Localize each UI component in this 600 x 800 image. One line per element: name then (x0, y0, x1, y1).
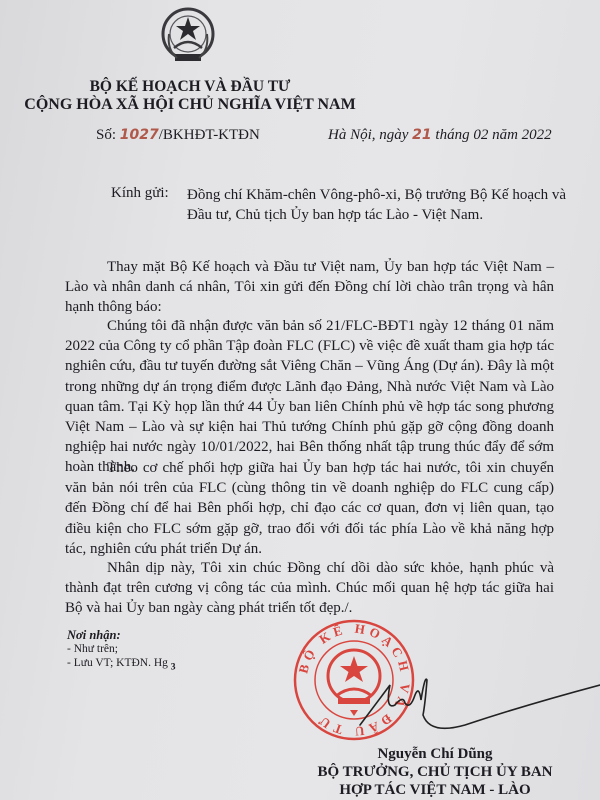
recipient-label: Kính gửi: (111, 185, 169, 202)
body-paragraph: Chúng tôi đã nhận được văn bản số 21/FLC… (65, 316, 554, 478)
recipients-list: Nơi nhận: - Như trên; - Lưu VT; KTĐN. Hg… (67, 628, 176, 674)
national-emblem-icon (155, 4, 221, 70)
doc-number-handwritten: 1027 (120, 127, 159, 143)
body-paragraph: Nhân dịp này, Tôi xin chúc Đồng chí dồi … (65, 558, 554, 619)
official-letter-page: BỘ KẾ HOẠCH VÀ ĐẦU TƯ CỘNG HÒA XÃ HỘI CH… (0, 0, 600, 800)
date-day-handwritten: 21 (412, 127, 431, 143)
ministry-name: BỘ KẾ HOẠCH VÀ ĐẦU TƯ (0, 78, 380, 96)
date-suffix: tháng 02 năm 2022 (432, 127, 552, 143)
recipients-item: - Lưu VT; KTĐN. Hg 3 (67, 656, 176, 674)
doc-number-suffix: /BKHĐT-KTĐN (159, 127, 260, 143)
body-paragraph: Theo cơ chế phối hợp giữa hai Ủy ban hợp… (65, 458, 554, 559)
document-date: Hà Nội, ngày 21 tháng 02 năm 2022 (328, 127, 552, 144)
recipient-text: Đồng chí Khăm-chên Vông-phô-xi, Bộ trưởn… (187, 185, 587, 225)
country-name: CỘNG HÒA XÃ HỘI CHỦ NGHĨA VIỆT NAM (0, 96, 380, 114)
body-paragraph: Thay mặt Bộ Kế hoạch và Đầu tư Việt nam,… (65, 257, 554, 318)
recipients-title: Nơi nhận: (67, 628, 176, 642)
recipients-item: - Như trên; (67, 642, 176, 656)
doc-number-prefix: Số: (96, 127, 120, 143)
signer-title-line2: HỢP TÁC VIỆT NAM - LÀO (290, 782, 580, 799)
signer-title-line1: BỘ TRƯỞNG, CHỦ TỊCH ỦY BAN (290, 764, 580, 781)
signer-name: Nguyễn Chí Dũng (290, 746, 580, 763)
date-prefix: Hà Nội, ngày (328, 127, 412, 143)
signature-icon (355, 665, 600, 745)
handwritten-count: 3 (171, 661, 176, 672)
document-number: Số: 1027/BKHĐT-KTĐN (96, 127, 260, 144)
